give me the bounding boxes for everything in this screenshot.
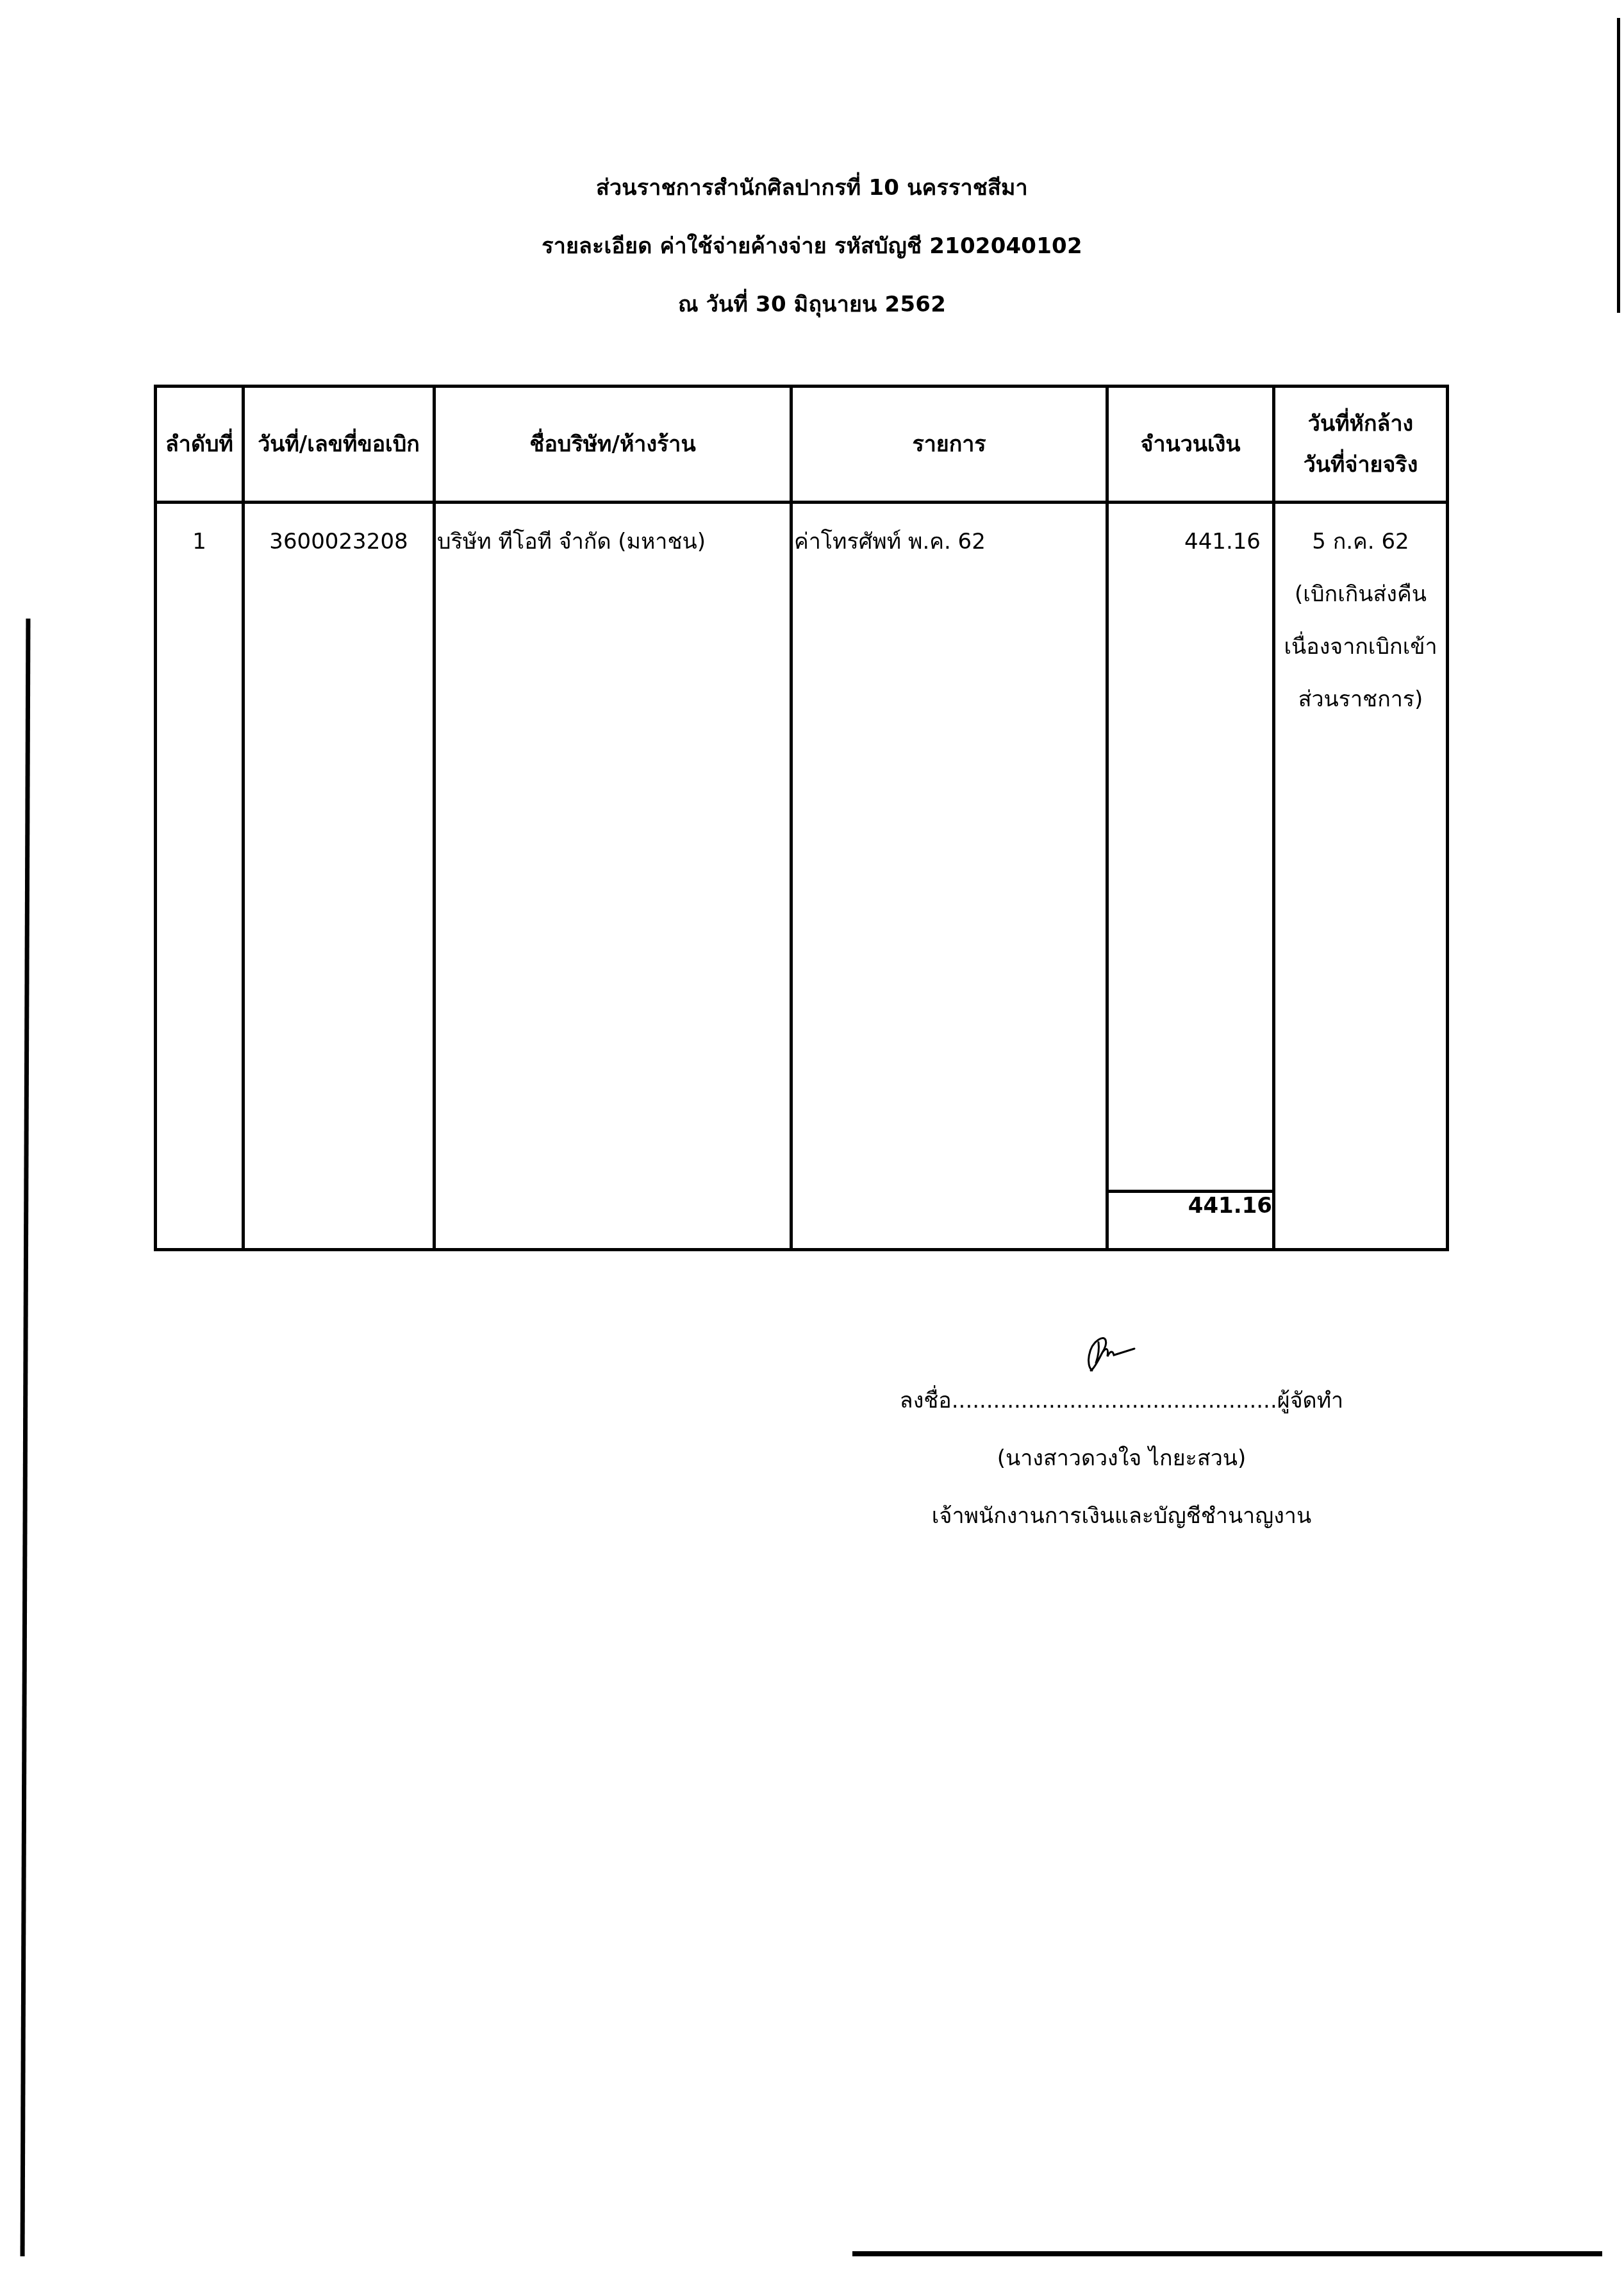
scan-edge-mark bbox=[21, 619, 31, 2256]
clear-date: 5 ก.ค. 62 bbox=[1275, 515, 1446, 568]
col-header-item: รายการ bbox=[791, 387, 1107, 503]
cell-doc-no: 3600023208 bbox=[244, 503, 435, 1250]
signer-position: เจ้าพนักงานการเงินและบัญชีชำนาญงาน bbox=[865, 1487, 1378, 1545]
sign-label: ลงชื่อ bbox=[900, 1388, 952, 1413]
cell-item: ค่าโทรศัพท์ พ.ค. 62 bbox=[791, 503, 1107, 1250]
col-header-vendor: ชื่อบริษัท/ห้างร้าน bbox=[435, 387, 791, 503]
col-header-clear-date: วันที่หักล้าง วันที่จ่ายจริง bbox=[1274, 387, 1448, 503]
col-header-clear-date-line1: วันที่หักล้าง bbox=[1275, 403, 1446, 444]
total-amount: 441.16 bbox=[1107, 1192, 1274, 1250]
sign-role: ผู้จัดทำ bbox=[1277, 1388, 1343, 1413]
cell-vendor: บริษัท ทีโอที จำกัด (มหาชน) bbox=[435, 503, 791, 1250]
clear-note-line3: ส่วนราชการ) bbox=[1275, 673, 1446, 726]
scan-edge-mark bbox=[852, 2251, 1602, 2256]
table-header-row: ลำดับที่ วันที่/เลขที่ขอเบิก ชื่อบริษัท/… bbox=[156, 387, 1448, 503]
report-date: ณ วันที่ 30 มิถุนายน 2562 bbox=[0, 276, 1624, 334]
signer-name: (นางสาวดวงใจ ไกยะสวน) bbox=[865, 1429, 1378, 1487]
scan-edge-mark bbox=[1617, 18, 1620, 313]
col-header-no: ลำดับที่ bbox=[156, 387, 244, 503]
handwritten-signature-icon bbox=[1083, 1333, 1141, 1378]
cell-clear-date: 5 ก.ค. 62 (เบิกเกินส่งคืน เนื่องจากเบิกเ… bbox=[1274, 503, 1448, 1250]
signature-block: ลงชื่อ..................................… bbox=[865, 1308, 1378, 1545]
col-header-doc-no: วันที่/เลขที่ขอเบิก bbox=[244, 387, 435, 503]
sign-line: ลงชื่อ..................................… bbox=[865, 1372, 1378, 1429]
cell-no: 1 bbox=[156, 503, 244, 1250]
col-header-clear-date-line2: วันที่จ่ายจริง bbox=[1275, 444, 1446, 485]
clear-note-line1: (เบิกเกินส่งคืน bbox=[1275, 568, 1446, 620]
document-header: ส่วนราชการสำนักศิลปากรที่ 10 นครราชสีมา … bbox=[0, 159, 1624, 334]
accrued-expense-table: ลำดับที่ วันที่/เลขที่ขอเบิก ชื่อบริษัท/… bbox=[154, 385, 1449, 1251]
agency-title: ส่วนราชการสำนักศิลปากรที่ 10 นครราชสีมา bbox=[0, 159, 1624, 217]
col-header-amount: จำนวนเงิน bbox=[1107, 387, 1274, 503]
cell-amount: 441.16 bbox=[1107, 503, 1274, 1192]
clear-note-line2: เนื่องจากเบิกเข้า bbox=[1275, 620, 1446, 673]
report-title: รายละเอียด ค่าใช้จ่ายค้างจ่าย รหัสบัญชี … bbox=[0, 217, 1624, 276]
sign-dots: ........................................… bbox=[952, 1388, 1277, 1413]
table-row: 1 3600023208 บริษัท ทีโอที จำกัด (มหาชน)… bbox=[156, 503, 1448, 1192]
